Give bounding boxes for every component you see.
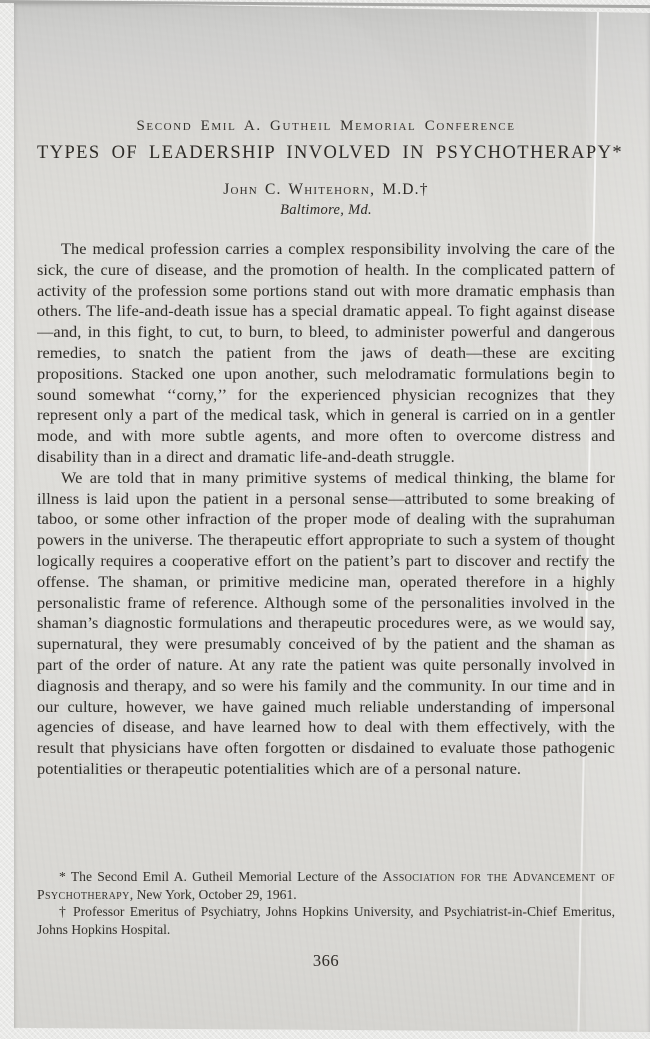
body-paragraph-1: The medical profession carries a complex…: [37, 239, 615, 468]
footnote-lecture-text-start: * The Second Emil A. Gutheil Memorial Le…: [59, 869, 383, 884]
article-title: TYPES OF LEADERSHIP INVOLVED IN PSYCHOTH…: [37, 143, 615, 164]
footnote-lecture-text-end: , New York, October 29, 1961.: [130, 887, 297, 902]
scanned-page: Second Emil A. Gutheil Memorial Conferen…: [14, 2, 650, 1032]
footnote-lecture: * The Second Emil A. Gutheil Memorial Le…: [37, 868, 615, 903]
page-content: Second Emil A. Gutheil Memorial Conferen…: [37, 2, 615, 1032]
conference-heading: Second Emil A. Gutheil Memorial Conferen…: [37, 118, 615, 135]
footnote-author-affiliation: † Professor Emeritus of Psychiatry, John…: [37, 903, 615, 938]
scanned-document: { "doc": { "conference": "Second Emil A.…: [0, 0, 650, 1039]
author-name: John C. Whitehorn, M.D.†: [37, 181, 615, 199]
article-body: The medical profession carries a complex…: [37, 239, 615, 855]
author-location: Baltimore, Md.: [37, 202, 615, 219]
body-paragraph-2: We are told that in many primitive syste…: [37, 468, 615, 780]
page-number: 366: [37, 951, 615, 971]
footnotes-block: * The Second Emil A. Gutheil Memorial Le…: [37, 868, 615, 938]
